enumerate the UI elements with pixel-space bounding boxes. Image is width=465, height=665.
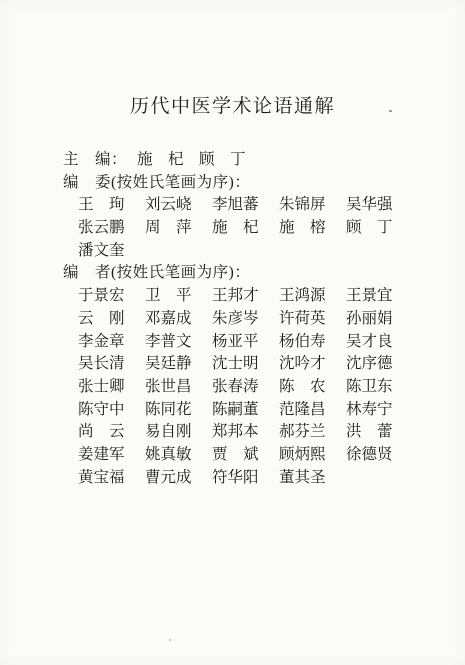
- name-cell: 卫 平: [145, 285, 192, 308]
- name-cell: 周 萍: [145, 217, 192, 240]
- names-row: 张士卿张世昌张春涛陈 农陈卫东: [63, 376, 413, 399]
- committee-label: 编 委(按姓氏笔画为序)：: [63, 174, 250, 191]
- names-row: 张云鹏周 萍施 杞施 榕顾 丁: [63, 217, 413, 240]
- page-title: 历代中医学术论语通解: [0, 91, 465, 118]
- name-cell: 陈同花: [145, 399, 192, 422]
- name-cell: 姚真敏: [145, 444, 192, 467]
- committee-label-line: 编 委(按姓氏笔画为序)：: [63, 172, 413, 195]
- chief-editor-line: 主 编：施 杞 顾 丁: [63, 149, 413, 172]
- name-cell: 施 杞: [212, 217, 259, 240]
- editors-name-rows: 于景宏卫 平王邦才王鸿源王景宜云 刚邓嘉成朱彦岑许荷英孙丽娟李金章李普文杨亚平杨…: [63, 285, 413, 489]
- name-cell: 林寿宁: [346, 399, 393, 422]
- committee-name-rows: 王 珣刘云峣李旭蕃朱锦屏吴华强张云鹏周 萍施 杞施 榕顾 丁潘文奎: [63, 194, 413, 262]
- name-cell: 施 榕: [279, 217, 326, 240]
- name-cell: 郝芬兰: [279, 421, 326, 444]
- name-cell: 李金章: [78, 331, 125, 354]
- name-cell: 孙丽娟: [346, 308, 393, 331]
- name-cell: 沈序德: [346, 353, 393, 376]
- ink-speck: [389, 110, 392, 112]
- name-cell: 郑邦本: [212, 421, 259, 444]
- ink-speck: [169, 639, 171, 641]
- names-row: 尚 云易自刚郑邦本郝芬兰洪 蕾: [63, 421, 413, 444]
- name-cell: 黄宝福: [78, 467, 125, 490]
- name-cell: 刘云峣: [145, 194, 192, 217]
- names-row: 云 刚邓嘉成朱彦岑许荷英孙丽娟: [63, 308, 413, 331]
- name-cell: 王 珣: [78, 194, 125, 217]
- name-cell: 贾 斌: [212, 444, 259, 467]
- name-cell: 许荷英: [279, 308, 326, 331]
- name-cell: 徐德贤: [346, 444, 393, 467]
- name-cell: 张春涛: [212, 376, 259, 399]
- name-cell: 张士卿: [78, 376, 125, 399]
- names-row: 潘文奎: [63, 240, 413, 263]
- names-row: 黄宝福曹元成符华阳董其圣: [63, 467, 413, 490]
- name-cell: 吴廷静: [145, 353, 192, 376]
- scanned-book-page: 历代中医学术论语通解 主 编：施 杞 顾 丁 编 委(按姓氏笔画为序)： 王 珣…: [0, 0, 465, 665]
- name-cell: 王鸿源: [279, 285, 326, 308]
- editors-label: 编 者(按姓氏笔画为序)：: [63, 264, 250, 281]
- name-cell: 潘文奎: [78, 240, 125, 263]
- name-cell: 沈士明: [212, 353, 259, 376]
- editorial-credits: 主 编：施 杞 顾 丁 编 委(按姓氏笔画为序)： 王 珣刘云峣李旭蕃朱锦屏吴华…: [63, 149, 413, 489]
- name-cell: 云 刚: [78, 308, 125, 331]
- name-cell: 邓嘉成: [145, 308, 192, 331]
- name-cell: 吴长清: [78, 353, 125, 376]
- name-cell: 董其圣: [279, 467, 326, 490]
- name-cell: 姜建军: [78, 444, 125, 467]
- name-cell: 王邦才: [212, 285, 259, 308]
- names-row: 吴长清吴廷静沈士明沈吟才沈序德: [63, 353, 413, 376]
- name-cell: 杨伯寿: [279, 331, 326, 354]
- names-row: 于景宏卫 平王邦才王鸿源王景宜: [63, 285, 413, 308]
- name-cell: 洪 蕾: [346, 421, 393, 444]
- name-cell: 范隆昌: [279, 399, 326, 422]
- name-cell: 易自刚: [145, 421, 192, 444]
- name-cell: 于景宏: [78, 285, 125, 308]
- name-cell: 尚 云: [78, 421, 125, 444]
- names-row: 陈守中陈同花陈嗣董范隆昌林寿宁: [63, 399, 413, 422]
- names-row: 姜建军姚真敏贾 斌顾炳熙徐德贤: [63, 444, 413, 467]
- name-cell: 符华阳: [212, 467, 259, 490]
- names-row: 李金章李普文杨亚平杨伯寿吴才良: [63, 331, 413, 354]
- names-row: 王 珣刘云峣李旭蕃朱锦屏吴华强: [63, 194, 413, 217]
- name-cell: 朱彦岑: [212, 308, 259, 331]
- chief-editor-label: 主 编：: [63, 151, 127, 168]
- name-cell: 沈吟才: [279, 353, 326, 376]
- name-cell: 吴才良: [346, 331, 393, 354]
- editors-label-line: 编 者(按姓氏笔画为序)：: [63, 262, 413, 285]
- name-cell: 陈卫东: [346, 376, 393, 399]
- name-cell: 陈 农: [279, 376, 326, 399]
- name-cell: 顾炳熙: [279, 444, 326, 467]
- name-cell: 吴华强: [346, 194, 393, 217]
- name-cell: 张世昌: [145, 376, 192, 399]
- name-cell: 李旭蕃: [212, 194, 259, 217]
- name-cell: 顾 丁: [346, 217, 393, 240]
- name-cell: 朱锦屏: [279, 194, 326, 217]
- name-cell: 杨亚平: [212, 331, 259, 354]
- name-cell: 陈守中: [78, 399, 125, 422]
- name-cell: 陈嗣董: [212, 399, 259, 422]
- chief-editor-names: 施 杞 顾 丁: [137, 151, 246, 168]
- name-cell: 李普文: [145, 331, 192, 354]
- name-cell: 曹元成: [145, 467, 192, 490]
- name-cell: 张云鹏: [78, 217, 125, 240]
- name-cell: 王景宜: [346, 285, 393, 308]
